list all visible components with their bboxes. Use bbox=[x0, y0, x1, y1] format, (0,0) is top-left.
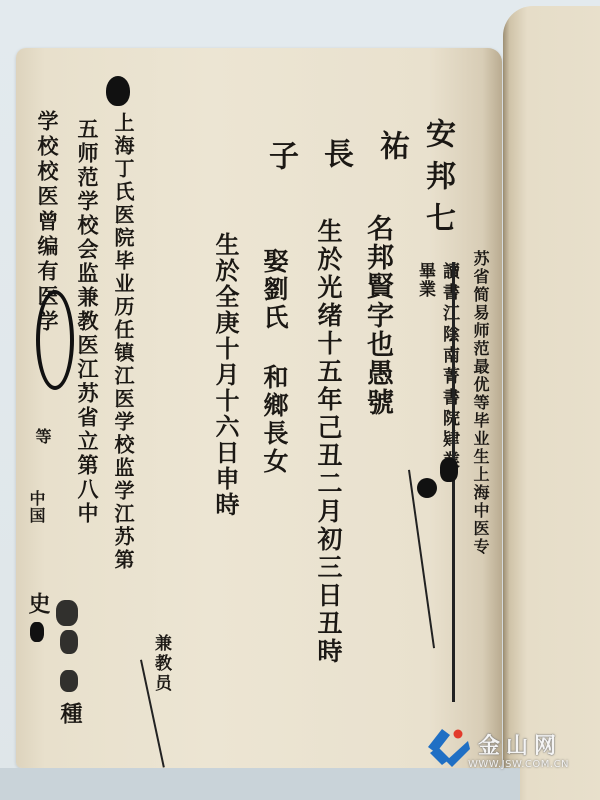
ink-blot bbox=[106, 76, 130, 106]
watermark-brand: 金山网 bbox=[478, 729, 562, 760]
column-chang: 長 bbox=[320, 138, 350, 180]
given-name-column: 名邦賢字也愚號 bbox=[364, 214, 391, 417]
annotation-zhong: 種 bbox=[58, 702, 80, 725]
annotation-graduation: 畢業 bbox=[416, 262, 433, 298]
annotation-normal-school: 苏省简易师范最优等毕业生上海中医专 bbox=[472, 250, 488, 556]
annotation-teaching: 五师范学校会监兼教医江苏省立第八中 bbox=[76, 118, 97, 526]
name-column: 安邦七 bbox=[422, 118, 452, 244]
column-zi: 子 bbox=[265, 140, 295, 182]
watermark-url: WWW.JSW.COM.CN bbox=[468, 759, 569, 770]
watermark-logo: 金山网 WWW.JSW.COM.CN bbox=[428, 725, 598, 775]
ink-scribble-1 bbox=[56, 600, 78, 626]
annotation-hospital: 上海丁氏医院毕业历任镇江医学校监学江苏第 bbox=[113, 112, 133, 572]
ink-oval bbox=[36, 290, 74, 390]
ink-line bbox=[452, 262, 455, 702]
jsw-logo-icon bbox=[428, 727, 470, 771]
ink-circle-1 bbox=[417, 478, 437, 498]
annotation-deng: 等 bbox=[34, 428, 50, 445]
ink-scribble-3 bbox=[60, 670, 78, 692]
annotation-history: 史 bbox=[26, 592, 48, 615]
annotation-teacher: 兼教员 bbox=[152, 634, 169, 694]
spouse-birth-column: 生於全庚十月十六日申時 bbox=[213, 232, 237, 518]
ink-circle-2 bbox=[440, 458, 458, 482]
ink-scribble-2 bbox=[60, 630, 78, 654]
birth-date-column: 生於光绪十五年己丑二月初三日丑時 bbox=[316, 218, 341, 666]
annotation-china: 中国 bbox=[28, 490, 44, 524]
right-page-edge bbox=[503, 6, 600, 800]
column-you: 祐 bbox=[376, 130, 406, 172]
ink-blot-small bbox=[30, 622, 44, 642]
spouse-column: 娶劉氏 和鄉長女 bbox=[262, 248, 287, 476]
